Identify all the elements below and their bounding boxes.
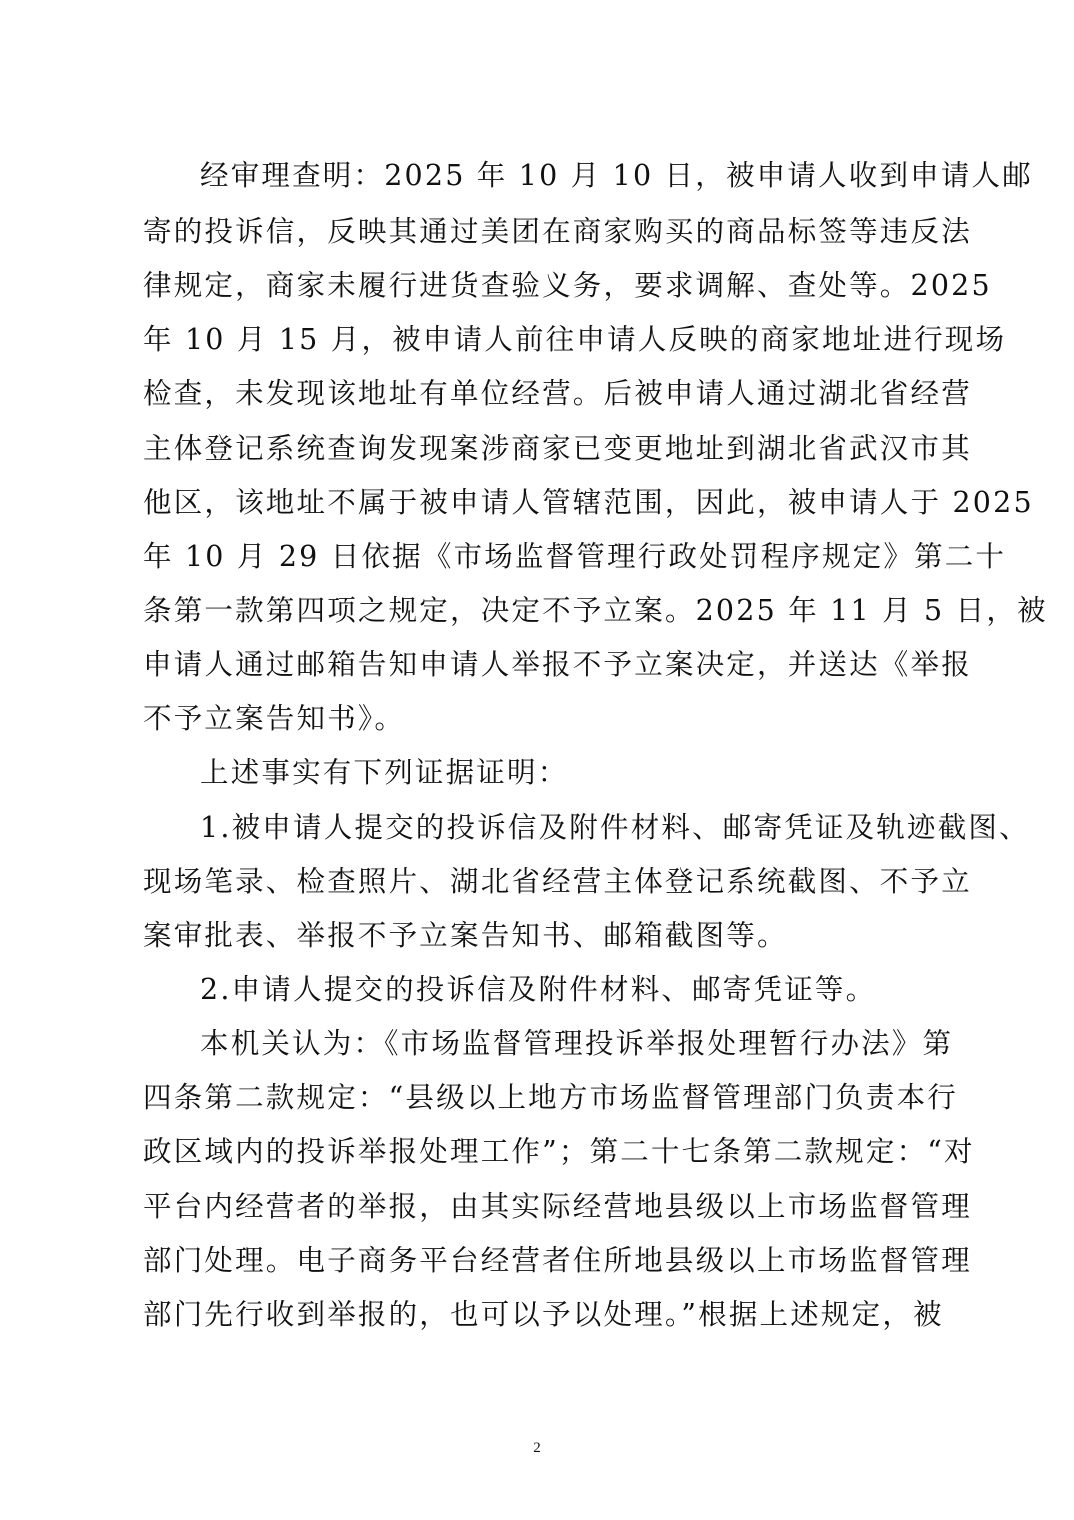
evidence-item-1: 1.被申请人提交的投诉信及附件材料、邮寄凭证及轨迹截图、 [200, 808, 933, 848]
evidence-item-2: 2.申请人提交的投诉信及附件材料、邮寄凭证等。 [200, 970, 933, 1010]
paragraph-line: 部门处理。电子商务平台经营者住所地县级以上市场监督管理 [143, 1241, 933, 1281]
paragraph-line: 条第一款第四项之规定，决定不予立案。2025 年 11 月 5 日，被 [143, 591, 933, 631]
paragraph-line: 年 10 月 15 月，被申请人前往申请人反映的商家地址进行现场 [143, 320, 933, 360]
paragraph-line: 案审批表、举报不予立案告知书、邮箱截图等。 [143, 916, 933, 956]
paragraph-line: 本机关认为：《市场监督管理投诉举报处理暂行办法》第 [200, 1024, 933, 1064]
evidence-heading: 上述事实有下列证据证明： [200, 753, 933, 793]
paragraph-line: 律规定，商家未履行进货查验义务，要求调解、查处等。2025 [143, 266, 933, 306]
paragraph-line: 部门先行收到举报的，也可以予以处理。”根据上述规定，被 [143, 1295, 933, 1335]
paragraph-line: 申请人通过邮箱告知申请人举报不予立案决定，并送达《举报 [143, 645, 933, 685]
paragraph-line: 不予立案告知书》。 [143, 699, 933, 739]
paragraph-line: 他区，该地址不属于被申请人管辖范围，因此，被申请人于 2025 [143, 483, 933, 523]
page-number: 2 [0, 1440, 1074, 1457]
paragraph-line: 经审理查明：2025 年 10 月 10 日，被申请人收到申请人邮 [200, 156, 933, 196]
paragraph-line: 现场笔录、检查照片、湖北省经营主体登记系统截图、不予立 [143, 862, 933, 902]
paragraph-line: 检查，未发现该地址有单位经营。后被申请人通过湖北省经营 [143, 374, 933, 414]
paragraph-line: 政区域内的投诉举报处理工作”；第二十七条第二款规定：“对 [143, 1132, 933, 1172]
paragraph-line: 平台内经营者的举报，由其实际经营地县级以上市场监督管理 [143, 1187, 933, 1227]
document-page: 经审理查明：2025 年 10 月 10 日，被申请人收到申请人邮 寄的投诉信，… [0, 0, 1074, 1520]
paragraph-line: 寄的投诉信，反映其通过美团在商家购买的商品标签等违反法 [143, 212, 933, 252]
paragraph-line: 年 10 月 29 日依据《市场监督管理行政处罚程序规定》第二十 [143, 537, 933, 577]
paragraph-line: 四条第二款规定：“县级以上地方市场监督管理部门负责本行 [143, 1078, 933, 1118]
paragraph-line: 主体登记系统查询发现案涉商家已变更地址到湖北省武汉市其 [143, 429, 933, 469]
